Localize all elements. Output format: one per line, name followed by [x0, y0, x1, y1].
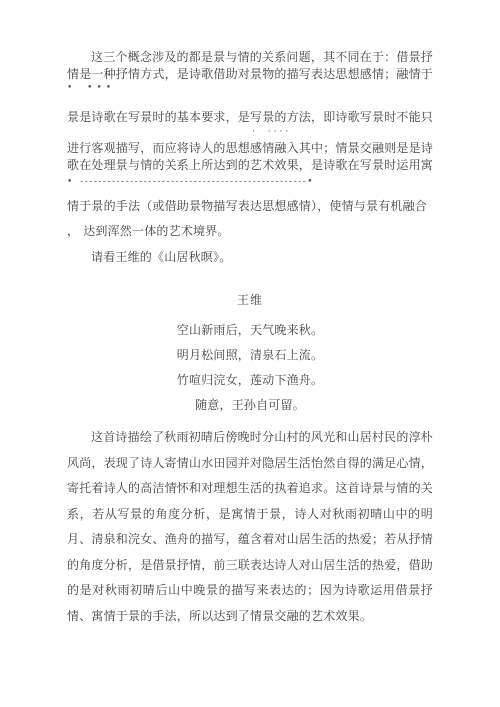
paragraph-poem-analysis: 这首诗描绘了秋雨初晴后傍晚时分山村的风光和山居村民的淳朴风尚，表现了诗人寄情山水… — [67, 425, 433, 629]
paragraph-jing-requirement: 景是诗歌在写景时的基本要求，是写景的方法，即诗歌写景时不能只 — [67, 109, 433, 126]
emphasis-marks-dots: · ···· — [252, 127, 433, 138]
poem-line-3: 竹喧归浣女，莲动下渔舟。 — [67, 368, 433, 393]
poem-line-4: 随意，王孙自可留。 — [67, 393, 433, 418]
poem-author: 王维 — [67, 292, 433, 309]
paragraph-concepts-intro: 这三个概念涉及的都是景与情的关系问题，其不同在于：借景抒情是一种抒情方式，是诗歌… — [67, 49, 433, 83]
poem-line-1: 空山新雨后，天气晚来秋。 — [67, 318, 433, 343]
poem-shanju-qiuming: 空山新雨后，天气晚来秋。 明月松间照，清泉石上流。 竹喧归浣女，莲动下渔舟。 随… — [67, 318, 433, 418]
emphasis-marks-rongqingyujing: • ••• — [67, 83, 433, 95]
paragraph-qingyujing-technique: 情于景的手法（或借助景物描写表达思想感情），使情与景有机融合 — [67, 198, 433, 215]
paragraph-see-wangwei-poem: 请看王维的《山居秋暝》。 — [67, 249, 433, 266]
paragraph-artistic-realm: ， 达到浑然一体的艺术境界。 — [67, 223, 433, 240]
document-page: 这三个概念涉及的都是景与情的关系问题，其不同在于：借景抒情是一种抒情方式，是诗歌… — [0, 0, 500, 707]
emphasis-marks-dashed-underline: • --------------------------------------… — [67, 177, 317, 187]
poem-line-2: 明月松间照，清泉石上流。 — [67, 343, 433, 368]
paragraph-objective-description: 进行客观描写，而应将诗人的思想感情融入其中；情景交融则是是诗歌在处理景与情的关系… — [67, 140, 433, 174]
